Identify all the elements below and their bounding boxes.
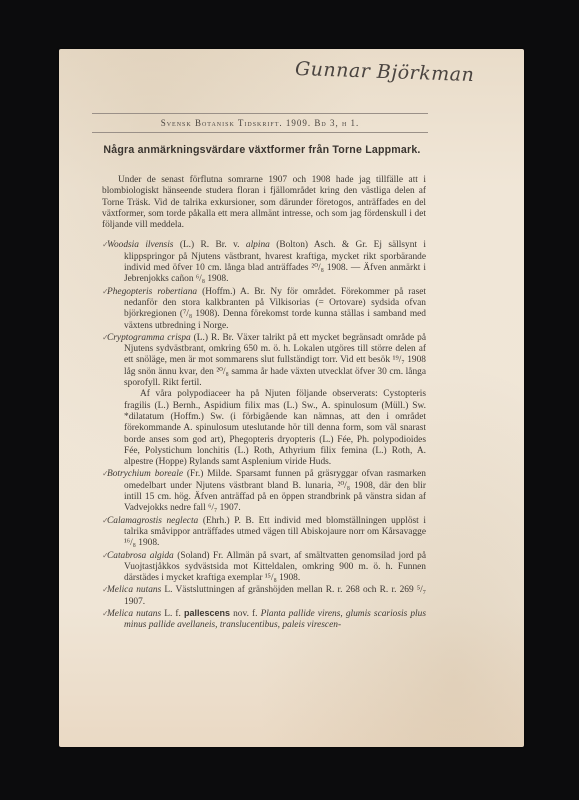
- species-entry: ✓Botrychium boreale (Fr.) Milde. Sparsam…: [102, 468, 426, 514]
- polypodiaceae-paragraph: Af våra polypodiaceer ha på Njuten följa…: [102, 389, 426, 468]
- handwritten-signature: Gunnar Björkman: [295, 58, 475, 86]
- intro-paragraph: Under de senast förflutna somrarne 1907 …: [102, 175, 426, 231]
- species-entry: ✓Melica nutans L. Västsluttningen af grä…: [102, 584, 426, 608]
- species-entry: ✓Phegopteris robertiana (Hoffm.) A. Br. …: [102, 286, 426, 332]
- species-entry: ✓Cryptogramma crispa (L.) R. Br. Växer t…: [102, 332, 426, 389]
- species-entry-last: ✓Melica nutans L. f. pallescens nov. f. …: [102, 608, 426, 632]
- article-title: Några anmärkningsvärdare växtformer från…: [99, 143, 425, 157]
- species-entry: ✓Calamagrostis neglecta (Ehrh.) P. B. Et…: [102, 515, 426, 550]
- article-body: Under de senast förflutna somrarne 1907 …: [102, 175, 426, 632]
- running-head: Svensk Botanisk Tidskrift. 1909. Bd 3, h…: [92, 113, 428, 133]
- species-entry: ✓Catabrosa algida (Soland) Fr. Allmän på…: [102, 550, 426, 585]
- document-page: Gunnar Björkman Svensk Botanisk Tidskrif…: [59, 49, 524, 747]
- species-entry: ✓Woodsia ilvensis (L.) R. Br. v. alpina …: [102, 239, 426, 285]
